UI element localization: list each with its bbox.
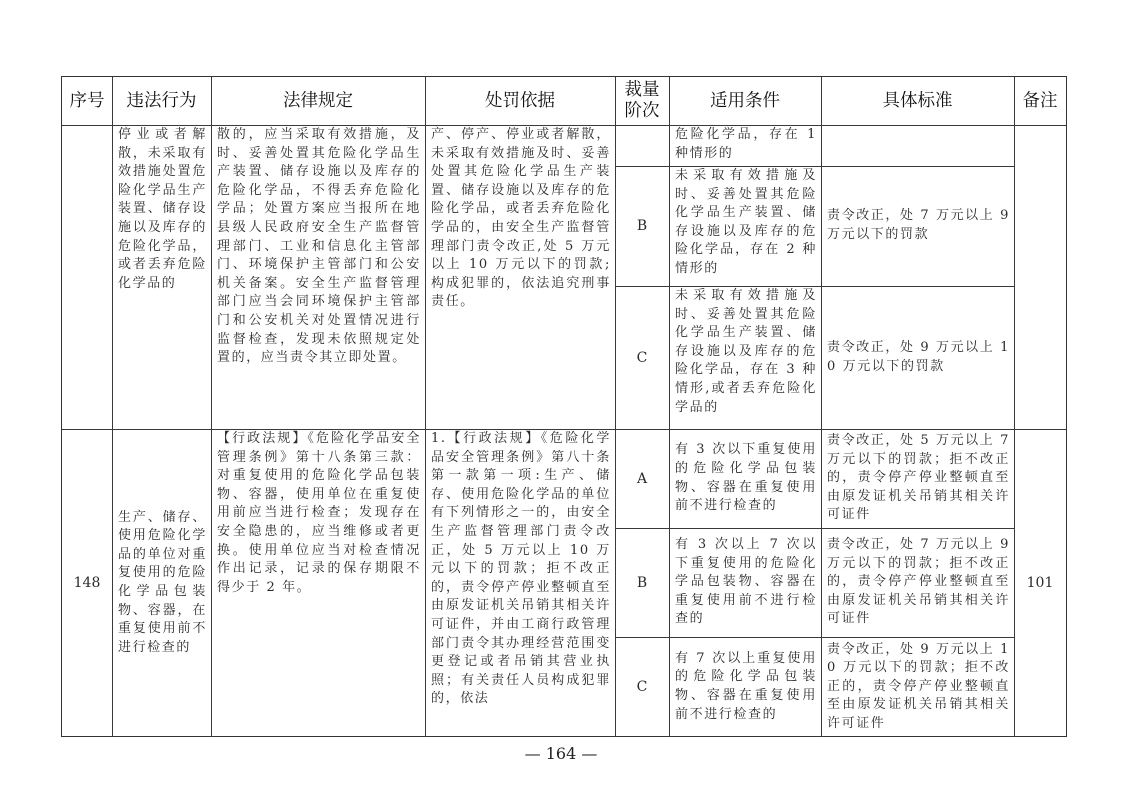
column-divider [211, 77, 212, 737]
subrow-divider [615, 528, 1014, 529]
row1-cond-b: 未采取有效措施及时、妥善处置其危险化学品生产装置、储存设施以及库存的危险化学品，… [669, 167, 821, 286]
row2-remarks: 101 [1014, 429, 1066, 737]
row1-legal-provision: 散的，应当采取有效措施，及时、妥善处置其危险化学品生产装置、储存设施以及库存的危… [211, 126, 425, 429]
column-divider [615, 77, 616, 737]
row2-cond-c: 有 7 次以上重复使用的危险化学品包装物、容器在重复使用前不进行检查的 [669, 637, 821, 737]
header-legal-provision: 法律规定 [211, 77, 425, 125]
row-divider [62, 429, 1066, 430]
row1-level-c: C [615, 286, 669, 429]
column-divider [1014, 77, 1015, 737]
penalty-table: 序号 违法行为 法律规定 处罚依据 裁量阶次 适用条件 具体标准 备注 停业或者… [61, 76, 1067, 737]
row2-level-a: A [615, 429, 669, 528]
header-penalty-basis: 处罚依据 [425, 77, 615, 125]
row2-cond-a: 有 3 次以下重复使用的危险化学品包装物、容器在重复使用前不进行检查的 [669, 429, 821, 528]
header-divider [62, 125, 1066, 126]
row1-std-b: 责令改正，处 7 万元以上 9 万元以下的罚款 [821, 166, 1014, 286]
header-specific-standard: 具体标准 [821, 77, 1014, 125]
row2-std-c: 责令改正，处 9 万元以上 10 万元以下的罚款；拒不改正的，责令停产停业整顿直… [821, 637, 1014, 737]
header-applicable-conditions: 适用条件 [669, 77, 821, 125]
document-page: 序号 违法行为 法律规定 处罚依据 裁量阶次 适用条件 具体标准 备注 停业或者… [0, 0, 1122, 793]
row1-cond-c: 未采取有效措施及时、妥善处置其危险化学品生产装置、储存设施以及库存的危险化学品，… [669, 287, 821, 429]
subrow-divider [615, 166, 1014, 167]
row2-legal-provision: 【行政法规】《危险化学品安全管理条例》第十八条第三款：对重复使用的危险化学品包装… [211, 430, 425, 737]
row1-remarks [1014, 125, 1066, 429]
row2-penalty-basis: 1.【行政法规】《危险化学品安全管理条例》第八十条第一款第一项:生产、储存、使用… [425, 430, 615, 737]
header-discretion-level: 裁量阶次 [615, 77, 669, 125]
row2-std-b: 责令改正，处 7 万元以上 9 万元以下的罚款；拒不改正的，责令停产停业整顿直至… [821, 528, 1014, 637]
row2-level-b: B [615, 528, 669, 637]
row1-level-b: B [615, 166, 669, 286]
column-divider [669, 77, 670, 737]
row1-std-a-continued [821, 125, 1014, 166]
row2-std-a: 责令改正，处 5 万元以上 7 万元以下的罚款；拒不改正的，责令停产停业整顿直至… [821, 429, 1014, 528]
row2-violation: 生产、储存、使用危险化学品的单位对重复使用的危险化学品包装物、容器，在重复使用前… [112, 429, 211, 737]
row1-cond-a-continued: 危险化学品，存在 1 种情形的 [669, 126, 821, 166]
subrow-divider [615, 286, 1014, 287]
column-divider [112, 77, 113, 737]
subrow-divider [615, 637, 1014, 638]
row2-serial-number: 148 [62, 429, 112, 737]
row1-violation: 停业或者解散，未采取有效措施处置危险化学品生产装置、储存设施以及库存的危险化学品… [112, 126, 211, 429]
row1-std-c: 责令改正，处 9 万元以上 10 万元以下的罚款 [821, 286, 1014, 429]
column-divider [821, 77, 822, 737]
header-violation: 违法行为 [112, 77, 211, 125]
header-serial-number: 序号 [62, 77, 112, 125]
row1-penalty-basis: 产、停产、停业或者解散，未采取有效措施及时、妥善处置其危险化学品生产装置、储存设… [425, 126, 615, 429]
row1-level-a-continued [615, 125, 669, 166]
row2-cond-b: 有 3 次以上 7 次以下重复使用的危险化学品包装物、容器在重复使用前不进行检查… [669, 528, 821, 637]
row2-level-c: C [615, 637, 669, 737]
header-remarks: 备注 [1014, 77, 1066, 125]
page-number: — 164 — [0, 744, 1122, 763]
column-divider [425, 77, 426, 737]
